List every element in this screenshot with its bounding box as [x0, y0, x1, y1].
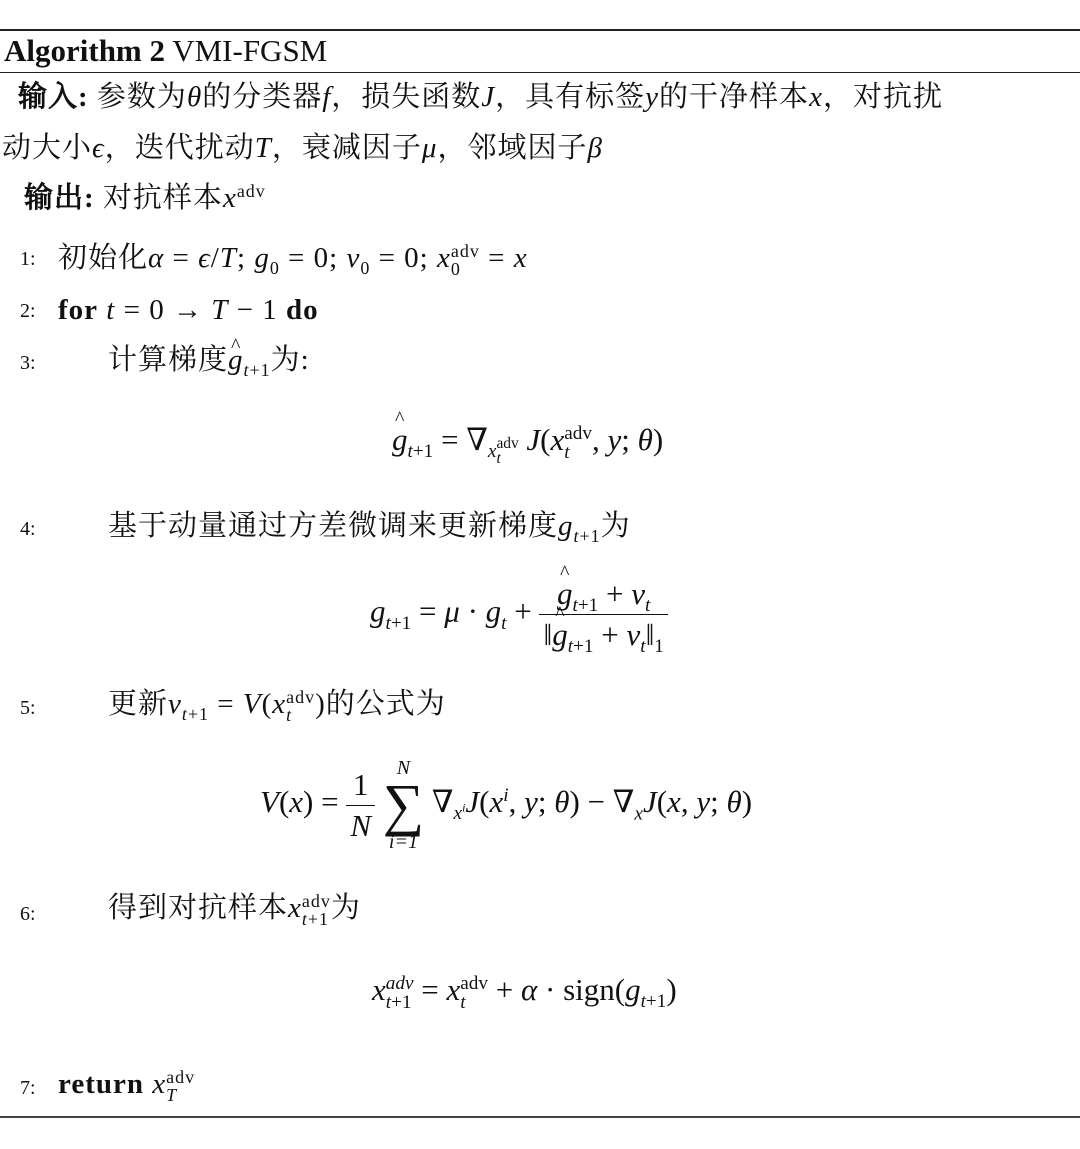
step-text: 的公式为 [326, 688, 446, 720]
input-line-2: 动大小ϵ，迭代扰动T，衰减因子μ，邻域因子β [2, 130, 603, 166]
input-line-1: 输入: 参数为θ的分类器f，损失函数J，具有标签y的干净样本x，对抗扰 [18, 79, 943, 115]
input-text: ，衰减因子 [272, 132, 422, 164]
output-label: 输出: [24, 182, 95, 214]
equation-gradient: gt+1 = ∇xadvt J(xadvt, y; θ) [392, 422, 663, 467]
step-text: 计算梯度 [108, 344, 228, 376]
algorithm-label: Algorithm 2 [4, 33, 165, 68]
output-text: 对抗样本 [103, 182, 223, 214]
title-rule [0, 72, 1080, 73]
line-number: 6: [20, 903, 36, 926]
step-4: 基于动量通过方差微调来更新梯度gt+1为 [108, 508, 631, 544]
step-7: return xadvT [58, 1066, 195, 1104]
step-text: 更新 [108, 688, 168, 720]
summation: N∑i=1 [383, 758, 424, 852]
step-text: 为 [601, 510, 631, 542]
top-rule [0, 29, 1080, 31]
step-text: 得到对抗样本 [108, 892, 288, 924]
equation-update: xadvt+1 = xadvt + α · sign(gt+1) [372, 972, 677, 1012]
input-text: ，损失函数 [331, 81, 481, 113]
input-text: ，对抗扰 [823, 81, 943, 113]
input-text: 的干净样本 [659, 81, 809, 113]
output-line: 输出: 对抗样本xadv [24, 180, 266, 219]
step-text: 基于动量通过方差微调来更新梯度 [108, 510, 558, 542]
input-text: ，邻域因子 [437, 132, 587, 164]
input-label: 输入: [18, 81, 89, 113]
line-number: 3: [20, 352, 36, 375]
step-text: 为 [331, 892, 361, 924]
bottom-rule [0, 1116, 1080, 1118]
step-text: 初始化 [58, 242, 148, 274]
input-text: 参数为 [97, 81, 187, 113]
line-number: 7: [20, 1077, 36, 1100]
return-keyword: return [58, 1068, 144, 1100]
step-5: 更新vt+1 = V(xadvt)的公式为 [108, 686, 446, 724]
step-2: for t = 0 → T − 1 do [58, 292, 319, 328]
fraction: gt+1 + vt ‖gt+1 + vt‖1 [539, 576, 667, 653]
step-6: 得到对抗样本xadvt+1为 [108, 890, 361, 928]
step-1: 初始化α = ϵ/T; g0 = 0; v0 = 0; xadv0 = x [58, 240, 528, 278]
line-number: 1: [20, 248, 36, 271]
step-text: 为: [271, 344, 310, 376]
input-text: 的分类器 [202, 81, 322, 113]
algorithm-name: VMI-FGSM [172, 33, 327, 68]
line-number: 4: [20, 518, 36, 541]
algorithm-title: Algorithm 2 VMI-FGSM [4, 32, 327, 70]
fraction: 1N [346, 767, 375, 844]
line-number: 2: [20, 300, 36, 323]
step-3: 计算梯度gt+1为: [108, 342, 310, 378]
equation-variance: V(x) = 1N N∑i=1 ∇xiJ(xi, y; θ) − ∇xJ(x, … [260, 758, 752, 852]
input-text: ，具有标签 [495, 81, 645, 113]
input-text: 动大小 [2, 132, 92, 164]
do-keyword: do [286, 294, 319, 326]
line-number: 5: [20, 697, 36, 720]
for-keyword: for [58, 294, 98, 326]
input-text: ，迭代扰动 [105, 132, 255, 164]
equation-momentum: gt+1 = μ · gt + gt+1 + vt ‖gt+1 + vt‖1 [370, 576, 668, 653]
